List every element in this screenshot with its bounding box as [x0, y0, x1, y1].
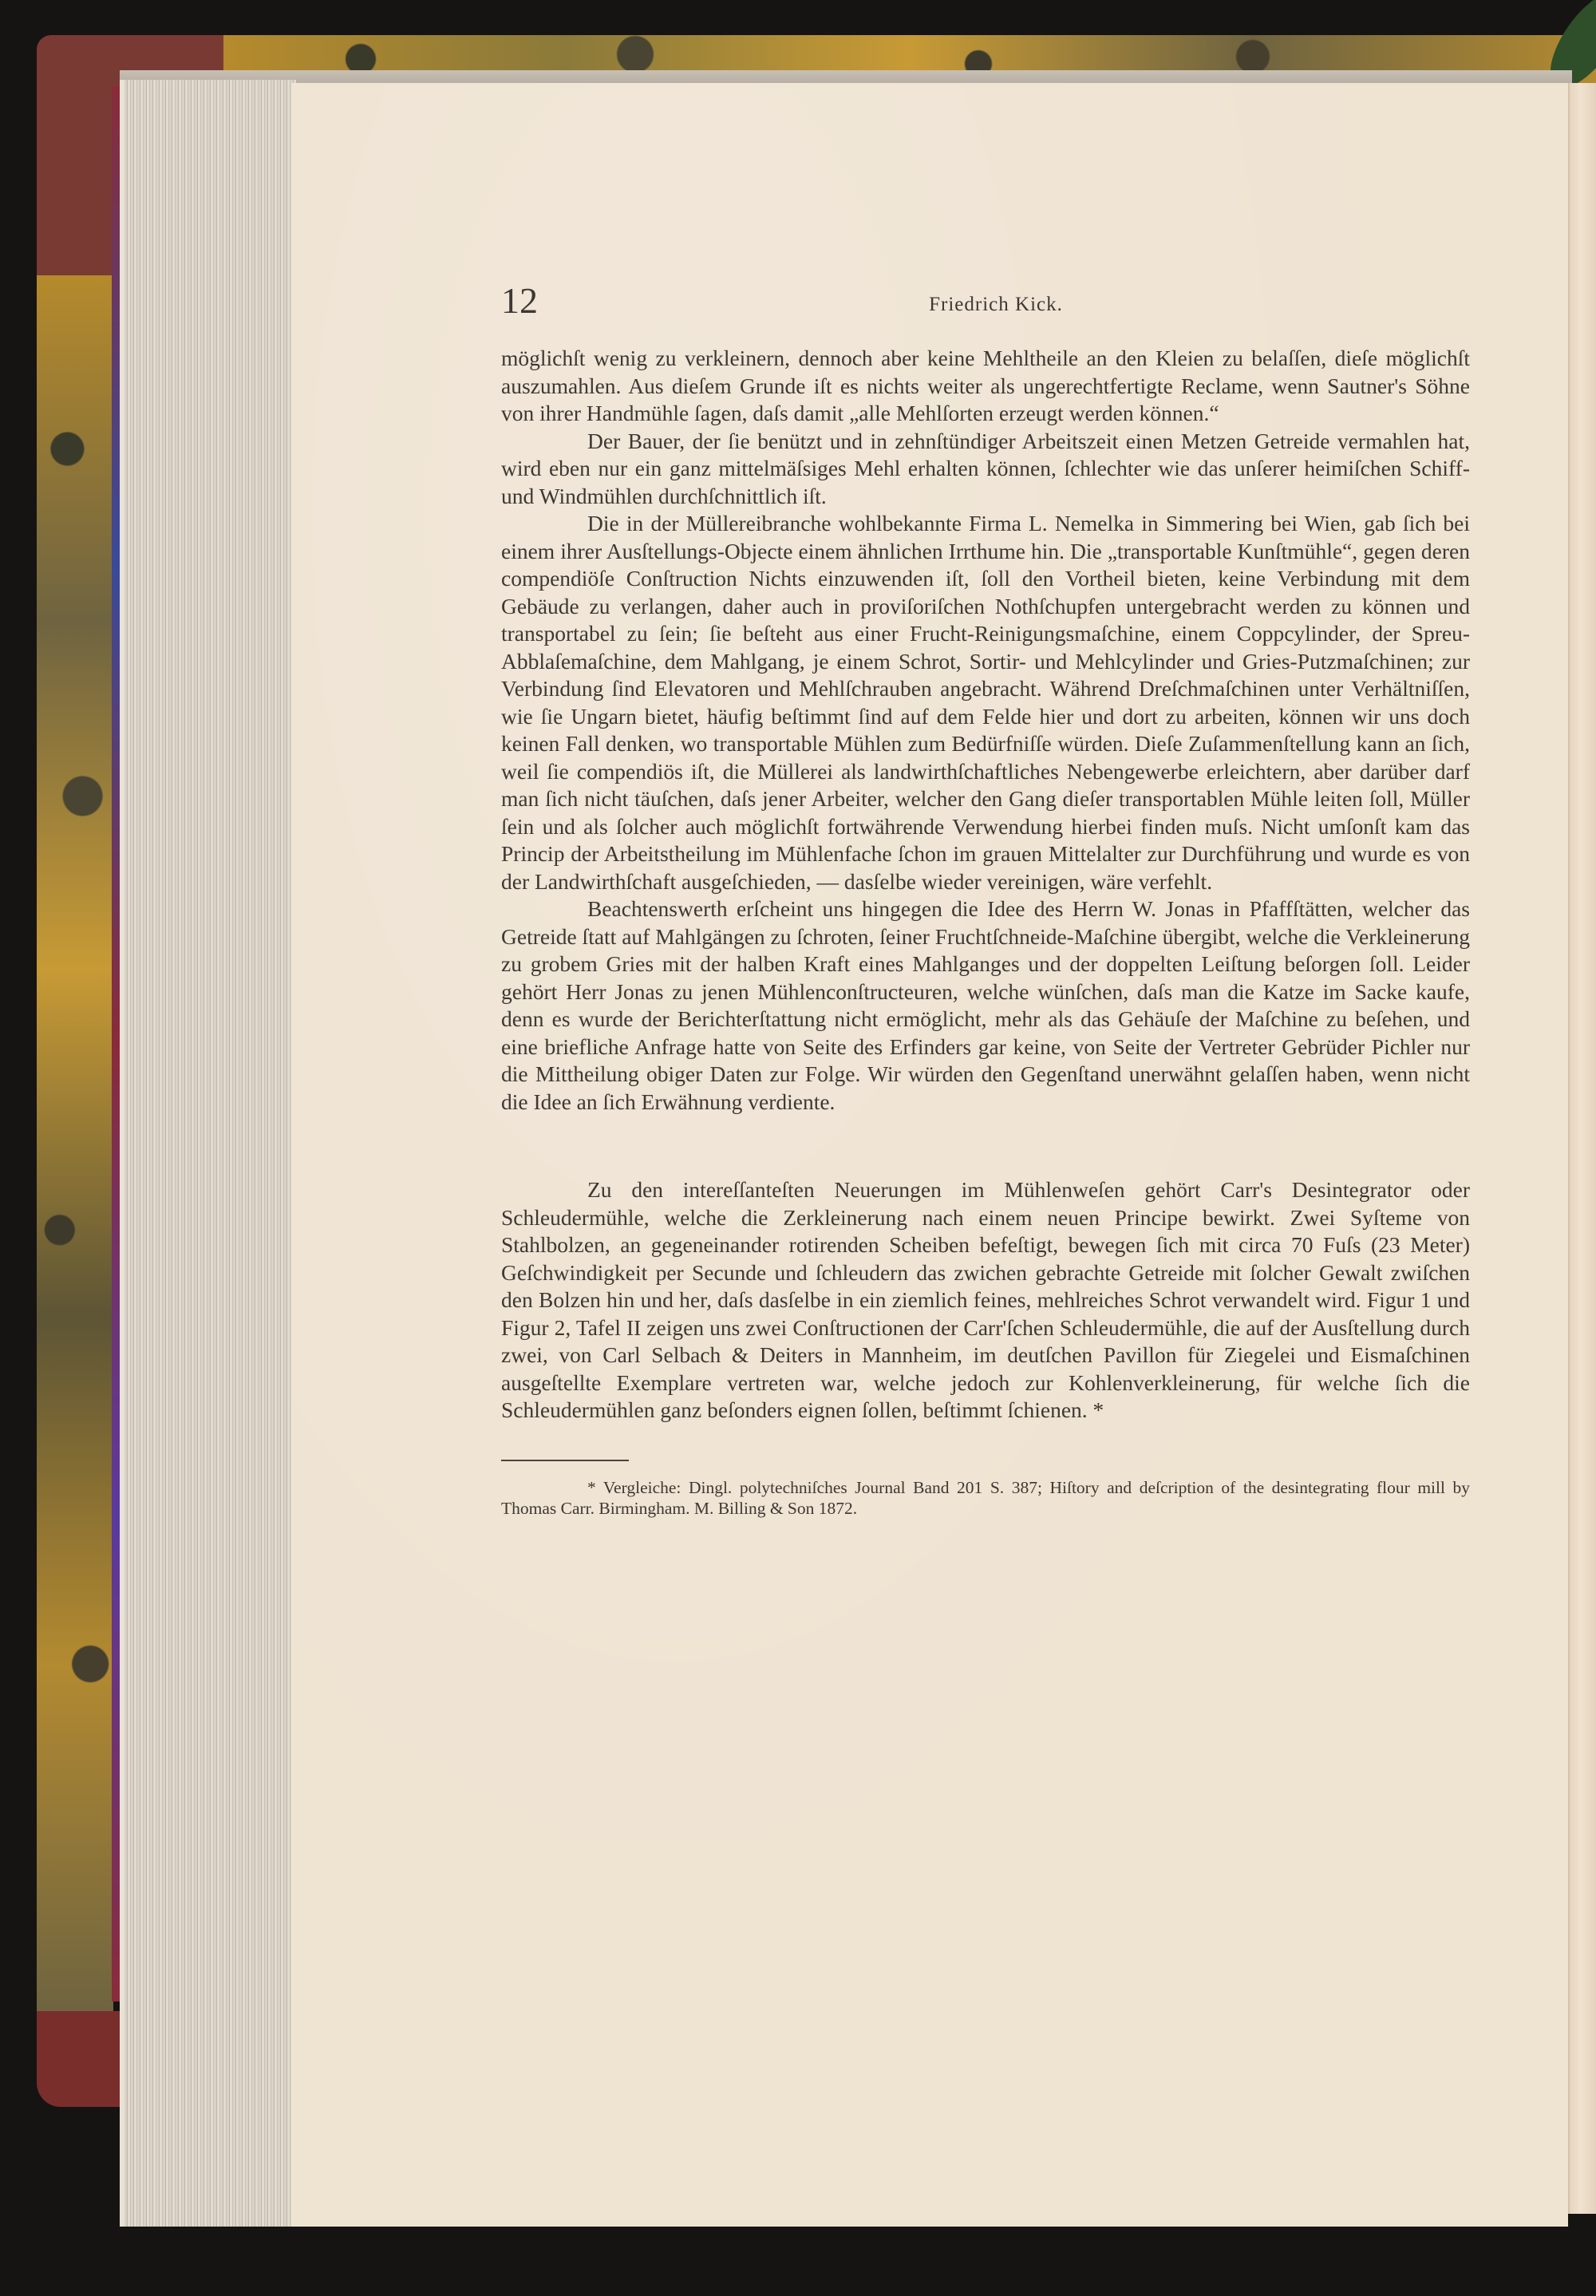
marbled-cover-left	[37, 275, 113, 2011]
page-stack-left-edge	[120, 80, 296, 2227]
paragraph: möglichſt wenig zu verkleinern, dennoch …	[501, 345, 1470, 428]
footnote: * Vergleiche: Dingl. polytechniſches Jou…	[501, 1477, 1470, 1519]
running-head: Friedrich Kick.	[501, 294, 1491, 316]
plant-leaf	[1476, 0, 1596, 80]
paragraph: Beachtenswerth erſcheint uns hingegen di…	[501, 895, 1470, 1116]
page-stack-top-edge	[120, 70, 1572, 83]
paragraph: Zu den intereſſanteſten Neuerungen im Mü…	[501, 1176, 1470, 1425]
footnote-rule	[501, 1460, 629, 1461]
section-gap	[501, 1116, 1470, 1176]
page-header: 12 Friedrich Kick.	[501, 279, 1491, 327]
body-text: möglichſt wenig zu verkleinern, dennoch …	[501, 345, 1470, 1519]
paragraph: Die in der Müllereibranche wohlbekannte …	[501, 510, 1470, 895]
footnote-text: * Vergleiche: Dingl. polytechniſches Jou…	[501, 1477, 1470, 1519]
paragraph: Der Bauer, der ſie benützt und in zehnſt…	[501, 428, 1470, 511]
page-gutter-right	[1568, 83, 1596, 2214]
